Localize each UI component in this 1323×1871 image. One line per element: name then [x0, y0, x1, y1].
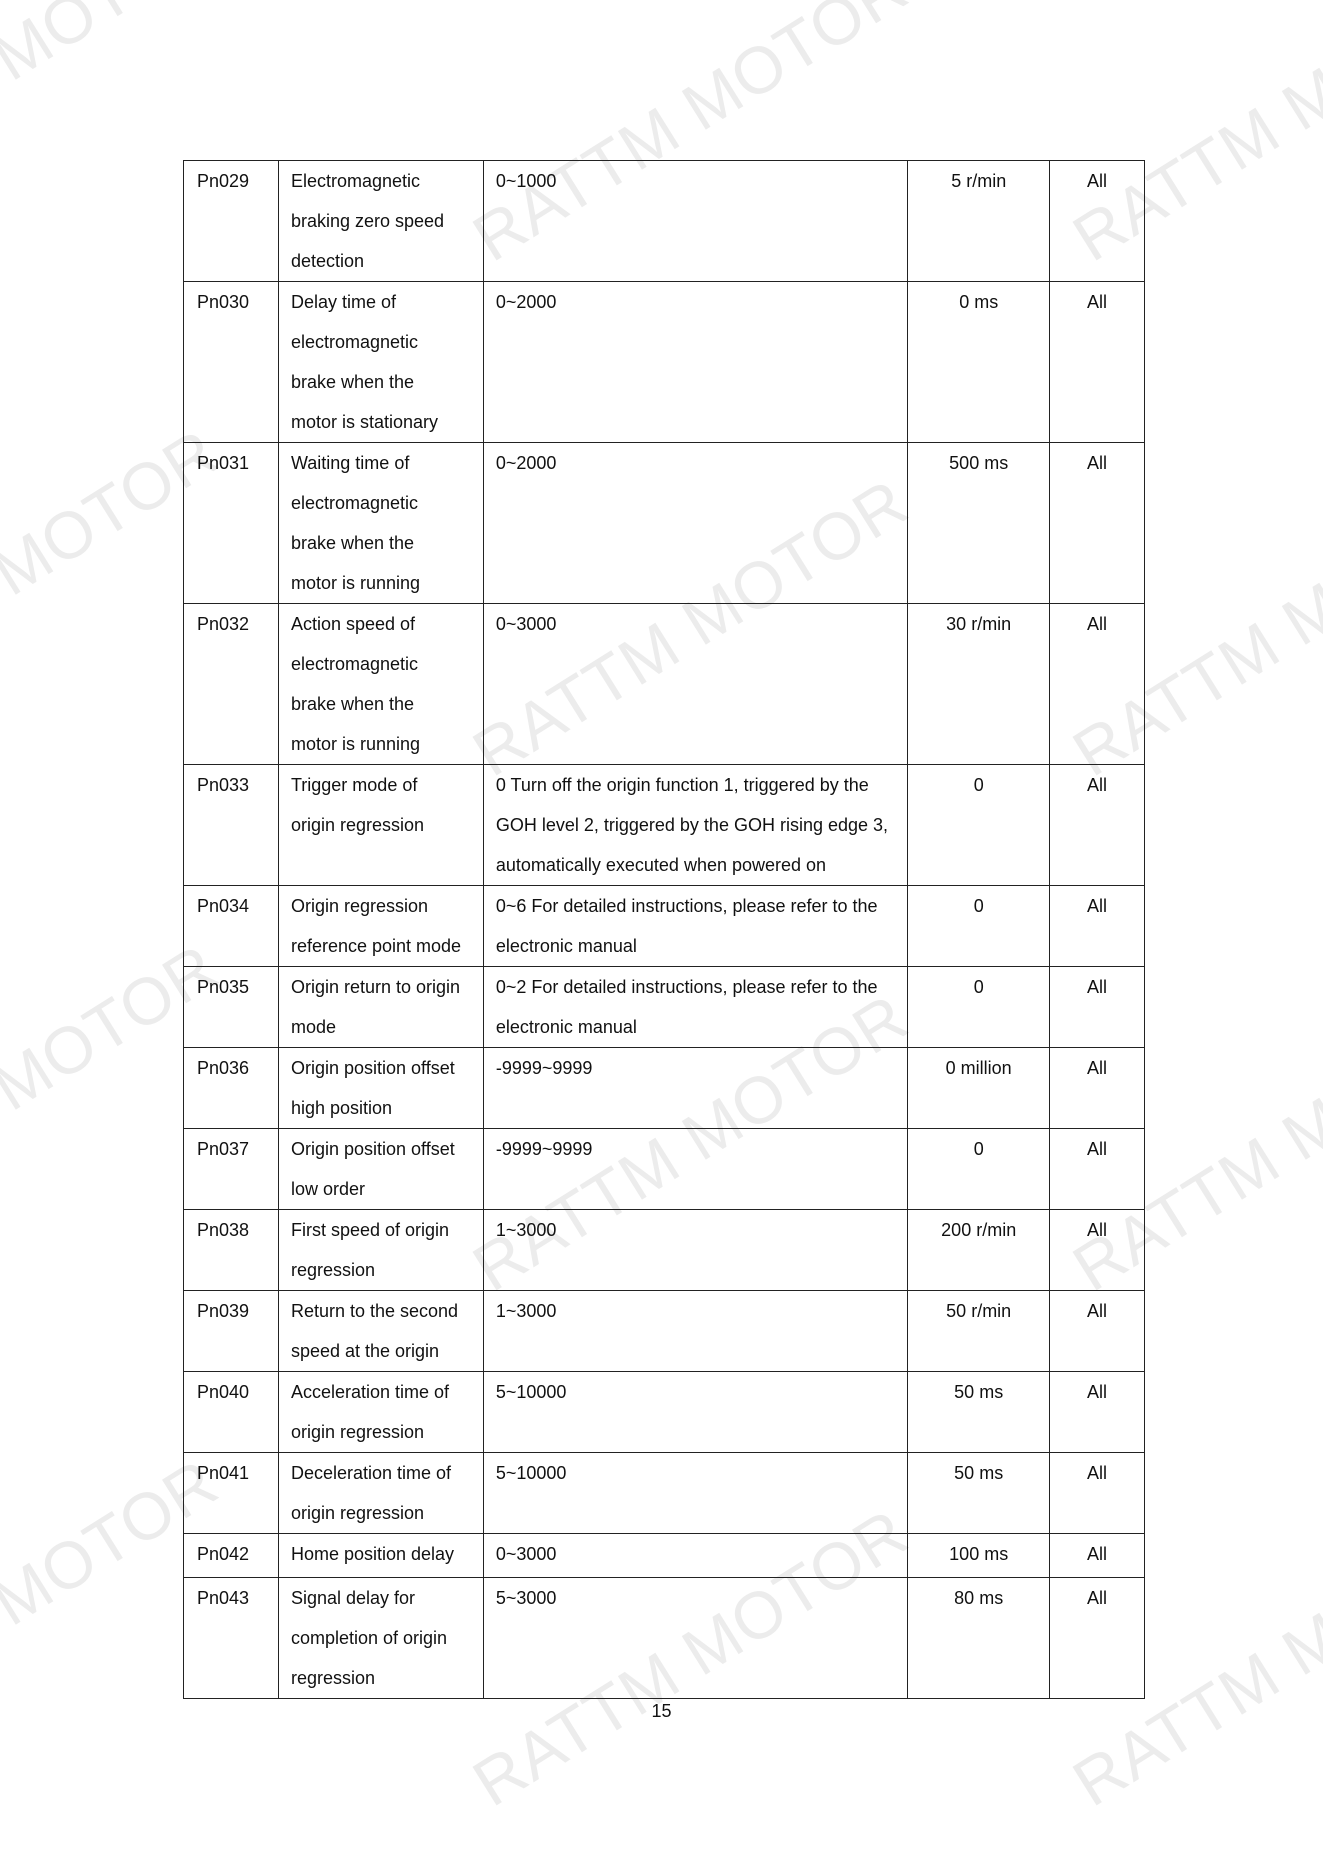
- param-mode-cell: All: [1050, 161, 1145, 282]
- param-range: 0~3000: [496, 604, 897, 644]
- param-mode: All: [1050, 1210, 1144, 1250]
- parameter-table: Pn029Electromagnetic braking zero speed …: [183, 160, 1145, 1699]
- table-row: Pn034Origin regression reference point m…: [184, 886, 1145, 967]
- param-range-cell: 5~3000: [483, 1578, 907, 1699]
- param-code-cell: Pn035: [184, 967, 279, 1048]
- param-range: 1~3000: [496, 1291, 897, 1331]
- param-name-cell: Waiting time of electromagnetic brake wh…: [278, 443, 483, 604]
- table-row: Pn035Origin return to origin mode0~2 For…: [184, 967, 1145, 1048]
- table-row: Pn039Return to the second speed at the o…: [184, 1291, 1145, 1372]
- param-name: Action speed of electromagnetic brake wh…: [291, 604, 473, 764]
- param-mode: All: [1050, 765, 1144, 805]
- param-default-cell: 0: [908, 886, 1050, 967]
- param-default-cell: 50 ms: [908, 1372, 1050, 1453]
- param-mode-cell: All: [1050, 604, 1145, 765]
- param-name: Origin return to origin mode: [291, 967, 473, 1047]
- param-name-cell: First speed of origin regression: [278, 1210, 483, 1291]
- table-row: Pn042Home position delay0~3000100 msAll: [184, 1534, 1145, 1578]
- param-mode: All: [1050, 443, 1144, 483]
- param-code: Pn041: [197, 1453, 268, 1493]
- param-code-cell: Pn042: [184, 1534, 279, 1578]
- param-code: Pn043: [197, 1578, 268, 1618]
- param-range: 0~2000: [496, 282, 897, 322]
- param-default-cell: 50 ms: [908, 1453, 1050, 1534]
- param-mode: All: [1050, 1048, 1144, 1088]
- param-default-cell: 0 ms: [908, 282, 1050, 443]
- param-name-cell: Trigger mode of origin regression: [278, 765, 483, 886]
- param-mode-cell: All: [1050, 1578, 1145, 1699]
- param-name: Origin regression reference point mode: [291, 886, 473, 966]
- param-code-cell: Pn038: [184, 1210, 279, 1291]
- param-mode: All: [1050, 161, 1144, 201]
- param-range-cell: 0~2000: [483, 443, 907, 604]
- param-default: 500 ms: [908, 443, 1049, 483]
- param-range-cell: 0~2000: [483, 282, 907, 443]
- param-code-cell: Pn040: [184, 1372, 279, 1453]
- param-default-cell: 100 ms: [908, 1534, 1050, 1578]
- param-range: 5~10000: [496, 1453, 897, 1493]
- param-mode-cell: All: [1050, 443, 1145, 604]
- param-default: 100 ms: [908, 1534, 1049, 1574]
- param-default: 30 r/min: [908, 604, 1049, 644]
- param-range: 5~10000: [496, 1372, 897, 1412]
- param-code-cell: Pn039: [184, 1291, 279, 1372]
- param-code: Pn036: [197, 1048, 268, 1088]
- param-default: 0: [908, 967, 1049, 1007]
- param-name-cell: Home position delay: [278, 1534, 483, 1578]
- param-default-cell: 0: [908, 765, 1050, 886]
- param-code: Pn029: [197, 161, 268, 201]
- param-name: Electromagnetic braking zero speed detec…: [291, 161, 473, 281]
- param-mode: All: [1050, 1578, 1144, 1618]
- param-default-cell: 200 r/min: [908, 1210, 1050, 1291]
- table-row: Pn031Waiting time of electromagnetic bra…: [184, 443, 1145, 604]
- table-row: Pn036Origin position offset high positio…: [184, 1048, 1145, 1129]
- param-mode-cell: All: [1050, 1048, 1145, 1129]
- param-mode-cell: All: [1050, 967, 1145, 1048]
- param-code: Pn037: [197, 1129, 268, 1169]
- param-mode: All: [1050, 1291, 1144, 1331]
- param-range: 5~3000: [496, 1578, 897, 1618]
- param-code: Pn038: [197, 1210, 268, 1250]
- param-range-cell: -9999~9999: [483, 1129, 907, 1210]
- param-range-cell: 5~10000: [483, 1453, 907, 1534]
- param-range-cell: 1~3000: [483, 1291, 907, 1372]
- param-default: 50 ms: [908, 1453, 1049, 1493]
- param-mode: All: [1050, 967, 1144, 1007]
- param-name: Return to the second speed at the origin: [291, 1291, 473, 1371]
- param-name-cell: Origin position offset low order: [278, 1129, 483, 1210]
- param-default-cell: 5 r/min: [908, 161, 1050, 282]
- param-name-cell: Acceleration time of origin regression: [278, 1372, 483, 1453]
- table-row: Pn030Delay time of electromagnetic brake…: [184, 282, 1145, 443]
- param-name-cell: Action speed of electromagnetic brake wh…: [278, 604, 483, 765]
- param-name: Home position delay: [291, 1534, 473, 1574]
- param-default: 0: [908, 1129, 1049, 1169]
- param-range-cell: 0~3000: [483, 1534, 907, 1578]
- param-default: 80 ms: [908, 1578, 1049, 1618]
- param-name: Trigger mode of origin regression: [291, 765, 473, 845]
- page-number: 15: [0, 1701, 1323, 1722]
- param-code-cell: Pn041: [184, 1453, 279, 1534]
- table-row: Pn038First speed of origin regression1~3…: [184, 1210, 1145, 1291]
- param-range: -9999~9999: [496, 1048, 897, 1088]
- param-range-cell: -9999~9999: [483, 1048, 907, 1129]
- param-name: Origin position offset high position: [291, 1048, 473, 1128]
- table-row: Pn033Trigger mode of origin regression0 …: [184, 765, 1145, 886]
- param-name-cell: Origin regression reference point mode: [278, 886, 483, 967]
- param-name-cell: Electromagnetic braking zero speed detec…: [278, 161, 483, 282]
- param-code: Pn039: [197, 1291, 268, 1331]
- table-row: Pn029Electromagnetic braking zero speed …: [184, 161, 1145, 282]
- param-default-cell: 500 ms: [908, 443, 1050, 604]
- param-default: 0 ms: [908, 282, 1049, 322]
- param-code-cell: Pn036: [184, 1048, 279, 1129]
- param-name: Signal delay for completion of origin re…: [291, 1578, 473, 1698]
- param-default: 50 ms: [908, 1372, 1049, 1412]
- param-range: 0~3000: [496, 1534, 897, 1574]
- param-mode: All: [1050, 1534, 1144, 1574]
- param-range: -9999~9999: [496, 1129, 897, 1169]
- param-code: Pn040: [197, 1372, 268, 1412]
- param-name-cell: Return to the second speed at the origin: [278, 1291, 483, 1372]
- table-row: Pn040Acceleration time of origin regress…: [184, 1372, 1145, 1453]
- param-range-cell: 0~1000: [483, 161, 907, 282]
- param-code-cell: Pn043: [184, 1578, 279, 1699]
- param-mode-cell: All: [1050, 1534, 1145, 1578]
- param-default-cell: 50 r/min: [908, 1291, 1050, 1372]
- param-name-cell: Signal delay for completion of origin re…: [278, 1578, 483, 1699]
- param-code-cell: Pn034: [184, 886, 279, 967]
- param-code-cell: Pn029: [184, 161, 279, 282]
- param-code-cell: Pn032: [184, 604, 279, 765]
- param-name-cell: Origin return to origin mode: [278, 967, 483, 1048]
- param-range: 0~1000: [496, 161, 897, 201]
- param-mode: All: [1050, 282, 1144, 322]
- param-mode-cell: All: [1050, 886, 1145, 967]
- param-default: 5 r/min: [908, 161, 1049, 201]
- table-row: Pn043Signal delay for completion of orig…: [184, 1578, 1145, 1699]
- table-row: Pn032Action speed of electromagnetic bra…: [184, 604, 1145, 765]
- param-mode-cell: All: [1050, 282, 1145, 443]
- param-default: 50 r/min: [908, 1291, 1049, 1331]
- param-code-cell: Pn033: [184, 765, 279, 886]
- param-range: 1~3000: [496, 1210, 897, 1250]
- param-mode: All: [1050, 604, 1144, 644]
- param-name: Deceleration time of origin regression: [291, 1453, 473, 1533]
- param-mode-cell: All: [1050, 765, 1145, 886]
- param-name: First speed of origin regression: [291, 1210, 473, 1290]
- param-code-cell: Pn037: [184, 1129, 279, 1210]
- param-code: Pn035: [197, 967, 268, 1007]
- param-default-cell: 30 r/min: [908, 604, 1050, 765]
- param-default: 0 million: [908, 1048, 1049, 1088]
- param-range: 0~2 For detailed instructions, please re…: [496, 967, 897, 1047]
- param-range-cell: 0 Turn off the origin function 1, trigge…: [483, 765, 907, 886]
- param-name-cell: Delay time of electromagnetic brake when…: [278, 282, 483, 443]
- param-default-cell: 0: [908, 967, 1050, 1048]
- param-name: Delay time of electromagnetic brake when…: [291, 282, 473, 442]
- param-default-cell: 0: [908, 1129, 1050, 1210]
- param-name: Waiting time of electromagnetic brake wh…: [291, 443, 473, 603]
- param-mode-cell: All: [1050, 1372, 1145, 1453]
- param-range: 0~6 For detailed instructions, please re…: [496, 886, 897, 966]
- param-range: 0~2000: [496, 443, 897, 483]
- param-mode: All: [1050, 1372, 1144, 1412]
- param-default: 0: [908, 886, 1049, 926]
- param-code: Pn033: [197, 765, 268, 805]
- param-mode-cell: All: [1050, 1453, 1145, 1534]
- param-default-cell: 0 million: [908, 1048, 1050, 1129]
- table-row: Pn041Deceleration time of origin regress…: [184, 1453, 1145, 1534]
- param-default: 0: [908, 765, 1049, 805]
- param-mode: All: [1050, 1129, 1144, 1169]
- param-name: Origin position offset low order: [291, 1129, 473, 1209]
- param-name: Acceleration time of origin regression: [291, 1372, 473, 1452]
- param-code: Pn031: [197, 443, 268, 483]
- param-code: Pn042: [197, 1534, 268, 1574]
- param-mode-cell: All: [1050, 1291, 1145, 1372]
- param-name-cell: Origin position offset high position: [278, 1048, 483, 1129]
- param-code: Pn034: [197, 886, 268, 926]
- param-range-cell: 0~3000: [483, 604, 907, 765]
- param-range-cell: 0~6 For detailed instructions, please re…: [483, 886, 907, 967]
- param-default-cell: 80 ms: [908, 1578, 1050, 1699]
- param-mode-cell: All: [1050, 1129, 1145, 1210]
- param-range: 0 Turn off the origin function 1, trigge…: [496, 765, 897, 885]
- param-code-cell: Pn030: [184, 282, 279, 443]
- param-range-cell: 0~2 For detailed instructions, please re…: [483, 967, 907, 1048]
- param-mode: All: [1050, 886, 1144, 926]
- param-code: Pn030: [197, 282, 268, 322]
- param-code: Pn032: [197, 604, 268, 644]
- param-code-cell: Pn031: [184, 443, 279, 604]
- table-row: Pn037Origin position offset low order-99…: [184, 1129, 1145, 1210]
- param-default: 200 r/min: [908, 1210, 1049, 1250]
- param-mode: All: [1050, 1453, 1144, 1493]
- param-range-cell: 5~10000: [483, 1372, 907, 1453]
- param-name-cell: Deceleration time of origin regression: [278, 1453, 483, 1534]
- param-range-cell: 1~3000: [483, 1210, 907, 1291]
- param-mode-cell: All: [1050, 1210, 1145, 1291]
